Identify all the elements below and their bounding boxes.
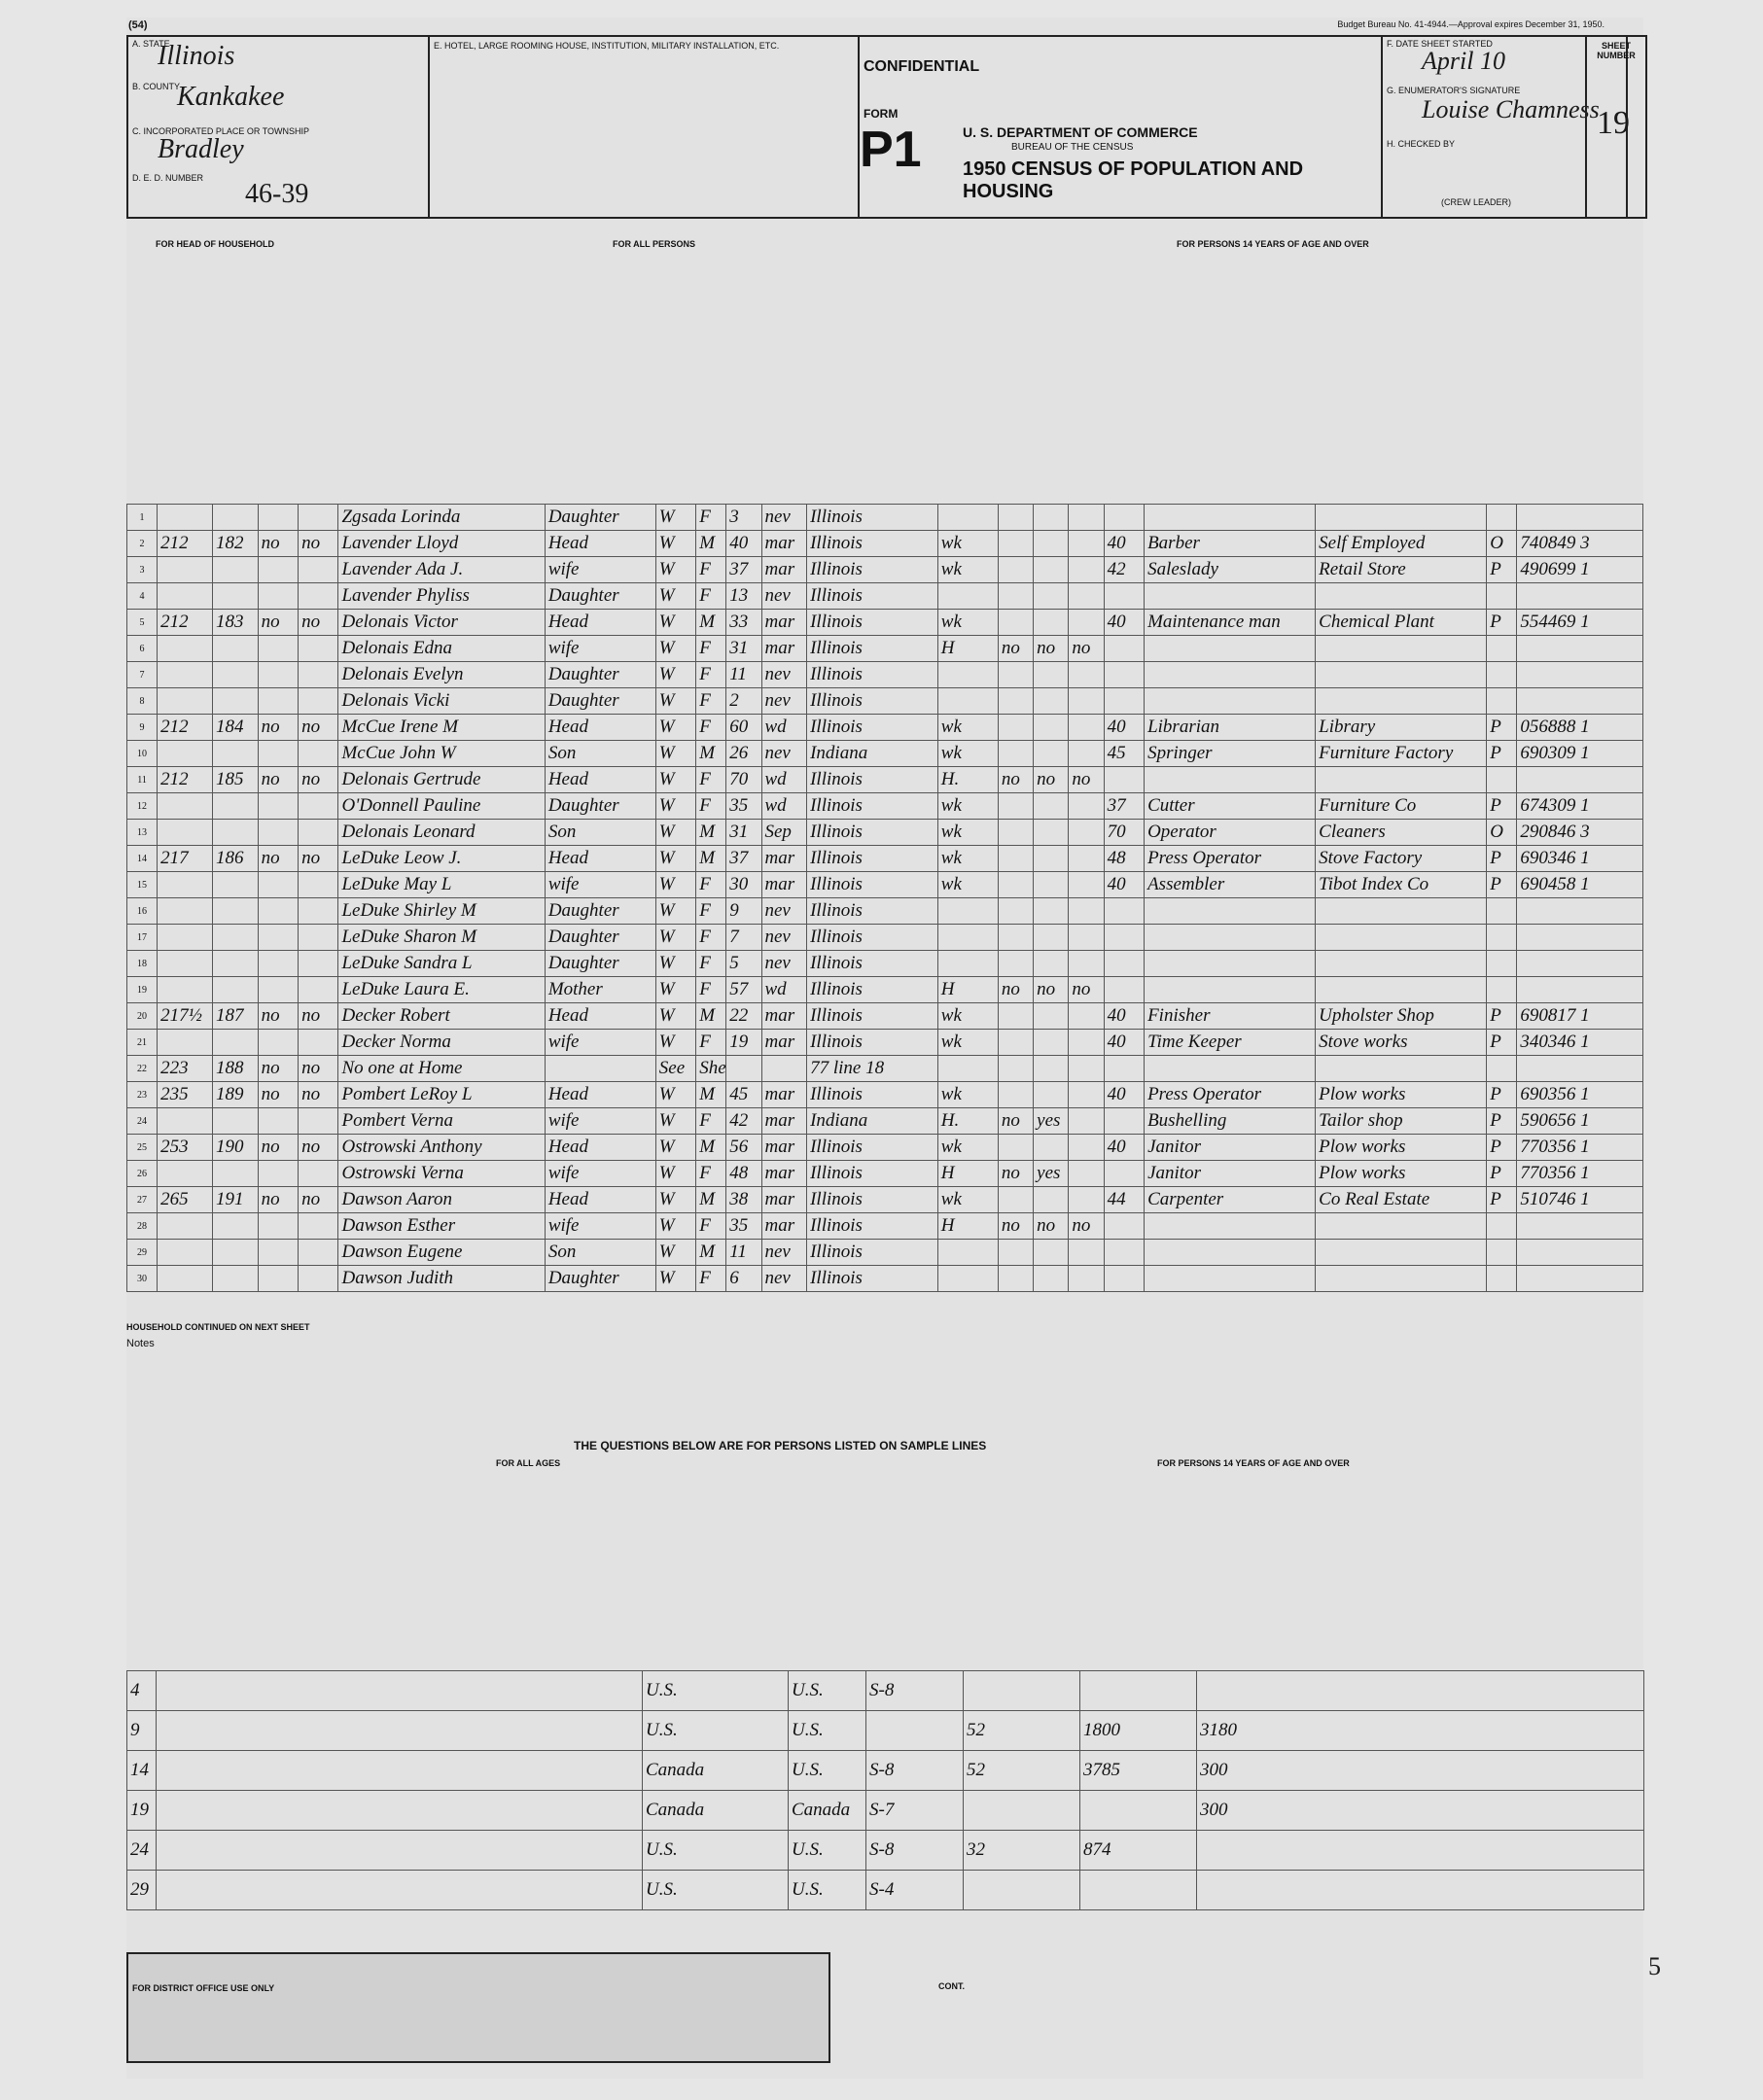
sample-cell-father: Canada [643,1751,789,1791]
cell-sex: F [696,872,726,898]
table-row: 27265191nonoDawson AaronHeadWM38marIllin… [127,1187,1643,1213]
cell-bp: Indiana [807,1108,938,1135]
cell-farm [258,1108,298,1135]
county-value: Kankakee [177,82,284,113]
cell-name: LeDuke May L [338,872,545,898]
sample-cell-weeks: 52 [964,1751,1080,1791]
enumerator-label: g. ENUMERATOR'S SIGNATURE [1387,86,1520,95]
cell-act: wk [937,557,998,583]
cell-code: 674309 1 [1517,793,1643,820]
household-continued-label: HOUSEHOLD CONTINUED ON NEXT SHEET [126,1322,310,1332]
cell-w17: yes [1034,1161,1069,1187]
cell-w18: no [1069,977,1104,1003]
cell-sex: M [696,1003,726,1030]
cell-mar: nev [761,688,807,715]
cell-house [158,977,213,1003]
cell-hrs: 40 [1104,610,1144,636]
cell-race: W [655,1266,695,1292]
cell-code [1517,767,1643,793]
cell-mar: nev [761,741,807,767]
table-row: 26Ostrowski VernawifeWF48marIllinoisHnoy… [127,1161,1643,1187]
cell-w16 [998,951,1033,977]
cell-house: 212 [158,531,213,557]
cell-hrs [1104,505,1144,531]
cell-sex: F [696,898,726,925]
cell-farm: no [258,531,298,557]
cell-sex: M [696,1135,726,1161]
cell-w17: no [1034,977,1069,1003]
cell-name: Dawson Esther [338,1213,545,1240]
cell-race: W [655,898,695,925]
cell-w16 [998,557,1033,583]
cell-bp: Illinois [807,557,938,583]
cell-w17 [1034,1003,1069,1030]
cell-bp: Illinois [807,1213,938,1240]
cell-race: W [655,925,695,951]
cell-w16 [998,1030,1033,1056]
cont-label: CONT. [938,1981,965,1991]
cell-rel: Mother [545,977,655,1003]
cell-act [937,505,998,531]
cell-house [158,925,213,951]
cell-act [937,1240,998,1266]
cell-line: 22 [127,1056,158,1082]
cell-farm [258,872,298,898]
cell-act [937,662,998,688]
cell-w17 [1034,1056,1069,1082]
cell-age: 13 [726,583,761,610]
cell-act: wk [937,1187,998,1213]
cell-ind: Co Real Estate [1316,1187,1487,1213]
cell-bp: Illinois [807,767,938,793]
cell-w18 [1069,1003,1104,1030]
cell-w17: yes [1034,1108,1069,1135]
cell-serial: 183 [213,610,259,636]
cell-house: 212 [158,610,213,636]
cell-serial: 190 [213,1135,259,1161]
cell-hrs: 40 [1104,1003,1144,1030]
cell-occ: Assembler [1145,872,1316,898]
cell-w18 [1069,1108,1104,1135]
cell-w16 [998,662,1033,688]
cell-acres [299,820,338,846]
cell-sex: M [696,741,726,767]
cell-house [158,793,213,820]
cell-sex: F [696,951,726,977]
location-block: a. STATE Illinois b. COUNTY Kankakee c. … [126,35,430,219]
crew-leader-label: (Crew leader) [1441,197,1511,207]
sample-cell-grade: S-8 [866,1751,964,1791]
cell-code [1517,688,1643,715]
census-sheet: (54) Budget Bureau No. 41-4944.—Approval… [126,17,1643,2079]
sample-cell-blank [157,1791,643,1831]
cell-ind [1316,688,1487,715]
cell-name: Dawson Judith [338,1266,545,1292]
cell-w18 [1069,505,1104,531]
cell-occ: Press Operator [1145,846,1316,872]
cell-cls [1487,1240,1517,1266]
sample-cell-mother: U.S. [789,1671,866,1711]
cell-sex: F [696,715,726,741]
cell-code: 690458 1 [1517,872,1643,898]
cell-house [158,1161,213,1187]
cell-race: W [655,741,695,767]
cell-serial [213,1030,259,1056]
cell-race: W [655,767,695,793]
cell-name: Delonais Leonard [338,820,545,846]
cell-cls [1487,1266,1517,1292]
cell-w16 [998,741,1033,767]
sample-cell-blank [157,1711,643,1751]
cell-hrs: 70 [1104,820,1144,846]
cell-mar: mar [761,1187,807,1213]
cell-act: H [937,1213,998,1240]
table-row: 10McCue John WSonWM26nevIndianawk45Sprin… [127,741,1643,767]
cell-mar: nev [761,662,807,688]
cell-acres [299,793,338,820]
cell-line: 10 [127,741,158,767]
sample-cell-line: 24 [127,1831,157,1871]
cell-race: W [655,505,695,531]
ed-number: 46-39 [245,179,308,210]
cell-cls [1487,977,1517,1003]
checked-label: h. CHECKED BY [1387,139,1455,149]
place-value: Bradley [158,134,244,165]
cell-w18 [1069,741,1104,767]
cell-code: 510746 1 [1517,1187,1643,1213]
table-row: 29Dawson EugeneSonWM11nevIllinois [127,1240,1643,1266]
table-row: 4Lavender PhylissDaughterWF13nevIllinois [127,583,1643,610]
table-row: 16LeDuke Shirley MDaughterWF9nevIllinois [127,898,1643,925]
cell-age: 31 [726,820,761,846]
cell-acres: no [299,1135,338,1161]
cell-sex: M [696,531,726,557]
cell-acres [299,977,338,1003]
for-all-ages-label: FOR ALL AGES [496,1458,560,1468]
form-number: P1 [860,121,922,179]
cell-act: wk [937,1135,998,1161]
cell-code [1517,583,1643,610]
cell-house [158,820,213,846]
cell-rel: Daughter [545,925,655,951]
cell-w18 [1069,793,1104,820]
sample-cell-inc2 [1197,1831,1644,1871]
sheet-number-label: SHEET NUMBER [1591,41,1641,60]
enumerator-signature: Louise Chamness [1422,95,1600,124]
cell-farm [258,1161,298,1187]
cell-occ [1145,951,1316,977]
cell-name: Decker Robert [338,1003,545,1030]
cell-cls: P [1487,1108,1517,1135]
cell-mar: mar [761,531,807,557]
cell-serial [213,662,259,688]
cell-w17 [1034,846,1069,872]
cell-race: See [655,1056,695,1082]
cell-serial: 186 [213,846,259,872]
cell-line: 30 [127,1266,158,1292]
cell-cls [1487,898,1517,925]
cell-code: 770356 1 [1517,1161,1643,1187]
cell-bp: Illinois [807,872,938,898]
cell-acres: no [299,1056,338,1082]
cell-rel: Daughter [545,793,655,820]
cell-ind [1316,662,1487,688]
cell-w16 [998,872,1033,898]
cell-line: 15 [127,872,158,898]
cell-house [158,1240,213,1266]
cell-w17 [1034,951,1069,977]
cell-w16 [998,531,1033,557]
cell-line: 20 [127,1003,158,1030]
table-row: 19LeDuke Laura E.MotherWF57wdIllinoisHno… [127,977,1643,1003]
cell-rel: Head [545,531,655,557]
cell-age: 9 [726,898,761,925]
cell-race: W [655,531,695,557]
table-row: 24Pombert VernawifeWF42marIndianaH.noyes… [127,1108,1643,1135]
cell-cls [1487,662,1517,688]
cell-rel: Head [545,1003,655,1030]
cell-sex: M [696,846,726,872]
cell-name: Decker Norma [338,1030,545,1056]
cell-serial [213,977,259,1003]
cell-farm: no [258,1082,298,1108]
sample-cell-weeks [964,1791,1080,1831]
section-over-14: FOR PERSONS 14 YEARS OF AGE AND OVER [1177,239,1369,249]
cell-farm [258,793,298,820]
table-row: 1Zgsada LorindaDaughterWF3nevIllinois [127,505,1643,531]
sample-cell-mother: U.S. [789,1871,866,1910]
sample-cell-blank [157,1751,643,1791]
sample-cell-line: 29 [127,1871,157,1910]
cell-w18 [1069,688,1104,715]
sample-cell-mother: Canada [789,1791,866,1831]
cell-bp: Illinois [807,977,938,1003]
cell-act: wk [937,1030,998,1056]
cell-race: W [655,610,695,636]
cell-hrs: 40 [1104,1082,1144,1108]
cell-bp: Illinois [807,583,938,610]
cell-w17 [1034,741,1069,767]
cell-house: 265 [158,1187,213,1213]
cell-race: W [655,636,695,662]
cell-code [1517,1266,1643,1292]
cell-ind: Plow works [1316,1161,1487,1187]
cell-race: W [655,688,695,715]
page-corner-label: (54) [128,19,148,31]
cell-farm [258,505,298,531]
cell-hrs [1104,1108,1144,1135]
sample-cell-line: 9 [127,1711,157,1751]
cell-mar: mar [761,1030,807,1056]
department: U. S. DEPARTMENT OF COMMERCE [963,124,1198,140]
cell-line: 3 [127,557,158,583]
cell-name: Delonais Edna [338,636,545,662]
cell-occ: Time Keeper [1145,1030,1316,1056]
cell-line: 13 [127,820,158,846]
table-row: 3Lavender Ada J.wifeWF37marIllinoiswk42S… [127,557,1643,583]
cell-age: 37 [726,557,761,583]
cell-ind: Plow works [1316,1082,1487,1108]
cell-farm [258,583,298,610]
cell-farm [258,925,298,951]
ed-label: d. E. D. NUMBER [132,173,203,183]
cell-acres [299,1030,338,1056]
cell-bp: Illinois [807,1135,938,1161]
cell-farm [258,688,298,715]
table-row: 28Dawson EstherwifeWF35marIllinoisHnonon… [127,1213,1643,1240]
cell-mar: Sep [761,820,807,846]
cell-occ [1145,925,1316,951]
cell-rel: wife [545,1108,655,1135]
cell-rel: wife [545,1030,655,1056]
cell-act: wk [937,846,998,872]
cell-name: Dawson Eugene [338,1240,545,1266]
cell-cls: P [1487,1082,1517,1108]
cell-w18 [1069,925,1104,951]
cell-name: Ostrowski Verna [338,1161,545,1187]
cell-sex: F [696,977,726,1003]
cell-cls: P [1487,846,1517,872]
cell-mar: mar [761,557,807,583]
cell-serial: 189 [213,1082,259,1108]
cell-serial [213,820,259,846]
cell-mar: mar [761,1108,807,1135]
sample-cell-father: Canada [643,1791,789,1831]
cell-occ [1145,583,1316,610]
cell-acres [299,583,338,610]
form-label: FORM [864,107,898,121]
table-row: 15LeDuke May LwifeWF30marIllinoiswk40Ass… [127,872,1643,898]
cell-farm: no [258,846,298,872]
cell-mar [761,1056,807,1082]
cell-cls [1487,636,1517,662]
table-row: 21Decker NormawifeWF19marIllinoiswk40Tim… [127,1030,1643,1056]
cell-act: H. [937,1108,998,1135]
cell-bp: Illinois [807,505,938,531]
cell-race: W [655,662,695,688]
cell-line: 4 [127,583,158,610]
cell-serial [213,925,259,951]
sample-cell-wages: 1800 [1080,1711,1197,1751]
cell-line: 9 [127,715,158,741]
cell-line: 29 [127,1240,158,1266]
cell-bp: Illinois [807,846,938,872]
cell-ind [1316,1240,1487,1266]
title-block: CONFIDENTIAL FORM P1 U. S. DEPARTMENT OF… [856,35,1381,219]
cell-ind: Furniture Co [1316,793,1487,820]
cell-serial [213,1161,259,1187]
cell-cls: P [1487,1135,1517,1161]
cell-ind: Plow works [1316,1135,1487,1161]
cell-rel: wife [545,872,655,898]
population-table: 1Zgsada LorindaDaughterWF3nevIllinois221… [126,504,1643,1292]
cell-bp: Illinois [807,925,938,951]
cell-race: W [655,872,695,898]
cell-w18: no [1069,1213,1104,1240]
cell-w16 [998,505,1033,531]
cell-code: 740849 3 [1517,531,1643,557]
cell-serial: 182 [213,531,259,557]
cell-age: 37 [726,846,761,872]
cell-mar: nev [761,925,807,951]
cell-mar: wd [761,793,807,820]
cell-serial [213,741,259,767]
cell-sex: M [696,1082,726,1108]
cell-occ: Finisher [1145,1003,1316,1030]
cell-acres [299,1161,338,1187]
cell-occ [1145,977,1316,1003]
cell-code [1517,1056,1643,1082]
cell-age: 19 [726,1030,761,1056]
cell-farm [258,820,298,846]
cell-acres [299,557,338,583]
cell-cls: P [1487,1161,1517,1187]
sample-questions-heading: THE QUESTIONS BELOW ARE FOR PERSONS LIST… [574,1439,986,1452]
cell-w16 [998,793,1033,820]
cell-acres [299,1240,338,1266]
cell-house [158,872,213,898]
cell-farm: no [258,610,298,636]
cell-farm [258,662,298,688]
cell-age: 45 [726,1082,761,1108]
cell-occ: Springer [1145,741,1316,767]
cell-w16: no [998,977,1033,1003]
cell-ind: Tibot Index Co [1316,872,1487,898]
sample-cell-wages [1080,1871,1197,1910]
sample-cell-grade: S-7 [866,1791,964,1831]
cell-hrs: 37 [1104,793,1144,820]
cell-line: 1 [127,505,158,531]
sample-table: 4U.S.U.S.S-89U.S.U.S.521800318014CanadaU… [126,1670,1644,1910]
sample-cell-inc2: 300 [1197,1791,1644,1831]
cell-hrs: 45 [1104,741,1144,767]
cell-sex: F [696,583,726,610]
cell-line: 18 [127,951,158,977]
confidential-label: CONFIDENTIAL [864,58,979,76]
cell-cls: P [1487,610,1517,636]
cell-rel: Daughter [545,505,655,531]
sample-cell-weeks [964,1871,1080,1910]
cell-acres: no [299,1082,338,1108]
cell-mar: mar [761,846,807,872]
cell-w17 [1034,715,1069,741]
cell-acres: no [299,846,338,872]
cell-name: LeDuke Sharon M [338,925,545,951]
cell-w18 [1069,872,1104,898]
sheet-number-block: SHEET NUMBER 19 [1585,35,1647,219]
cell-age: 11 [726,662,761,688]
cell-rel: Daughter [545,583,655,610]
cell-house [158,557,213,583]
cell-mar: mar [761,872,807,898]
cell-age: 31 [726,636,761,662]
cell-age: 30 [726,872,761,898]
cell-serial [213,583,259,610]
cell-race: W [655,951,695,977]
cell-w18 [1069,715,1104,741]
cell-acres [299,1213,338,1240]
cell-mar: mar [761,610,807,636]
cell-mar: nev [761,1240,807,1266]
cell-occ [1145,767,1316,793]
sample-row: 19CanadaCanadaS-7300 [127,1791,1644,1831]
cell-name: Dawson Aaron [338,1187,545,1213]
cell-occ: Press Operator [1145,1082,1316,1108]
sample-cell-blank [157,1831,643,1871]
cell-w18: no [1069,767,1104,793]
sample-cell-weeks: 52 [964,1711,1080,1751]
cell-occ: Librarian [1145,715,1316,741]
